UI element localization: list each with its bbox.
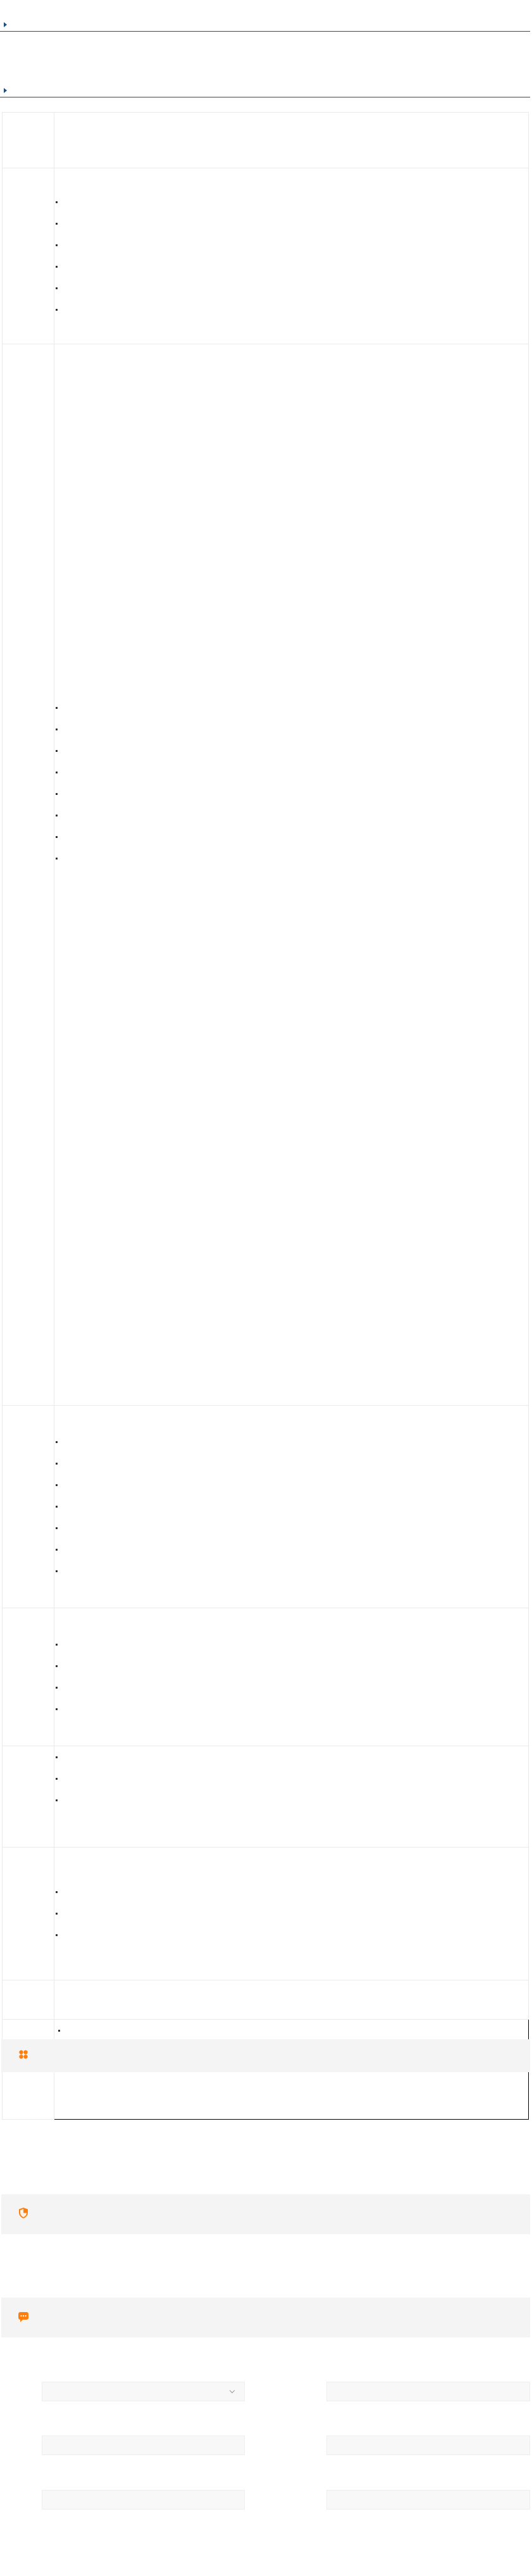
phone-input[interactable]: [326, 2382, 530, 2401]
spec-row-dimensions: [3, 1746, 529, 1848]
furnace-item: [56, 718, 528, 740]
spec-row-name: [3, 113, 529, 168]
spec-row-heating: [3, 1406, 529, 1608]
chat-bubble-icon: [18, 2312, 28, 2322]
features-list: [54, 168, 529, 344]
triangle-right-icon: [4, 88, 7, 93]
feature-item: [56, 299, 528, 321]
feature-item: [56, 235, 528, 256]
weight-item: [56, 1882, 528, 1903]
spec-row-weight: [3, 1848, 529, 1980]
structure-item: [56, 1634, 528, 1656]
spec-label: [3, 113, 54, 168]
clover-icon: [19, 2050, 28, 2059]
weight-item: [56, 1925, 528, 1946]
feature-item: [56, 256, 528, 278]
heating-item: [56, 1432, 528, 1453]
intro-section-title: [1, 20, 7, 28]
spec-label: [3, 1608, 54, 1746]
furnace-item: [56, 804, 528, 826]
spec-label: [3, 1406, 54, 1608]
spec-table: [2, 112, 529, 2120]
disclaimer-header: [1, 2194, 530, 2234]
heating-list: [54, 1406, 529, 1608]
heating-item: [56, 1561, 528, 1582]
furnace-item: [56, 740, 528, 761]
spec-section-header: [0, 81, 530, 97]
structure-item: [56, 1677, 528, 1699]
heating-item: [56, 1453, 528, 1475]
weight-item: [56, 1903, 528, 1925]
dimension-item: [56, 1789, 528, 1811]
heating-item: [56, 1475, 528, 1496]
furnace-item: [56, 847, 528, 869]
name-input[interactable]: [42, 2435, 245, 2455]
feature-item: [56, 192, 528, 213]
email-input[interactable]: [326, 2435, 530, 2455]
feature-item: [56, 213, 528, 235]
dimensions-list: [54, 1746, 529, 1848]
heating-item: [56, 1496, 528, 1518]
spec-label: [3, 1980, 54, 2020]
structure-item: [56, 1699, 528, 1720]
spec-label: [3, 1746, 54, 1848]
furnace-item: [56, 697, 528, 718]
spec-label: [3, 168, 54, 344]
spec-row-features: [3, 168, 529, 344]
dimension-item: [56, 1768, 528, 1789]
chevron-down-icon: [230, 2388, 235, 2393]
warranty-item: [58, 2020, 528, 2041]
spec-row-basic: [3, 344, 529, 1406]
company-input[interactable]: [326, 2490, 530, 2510]
gender-input[interactable]: [42, 2490, 245, 2510]
shield-icon: [19, 2208, 28, 2218]
spec-row-cert: [3, 1980, 529, 2020]
spec-row-structure: [3, 1608, 529, 1746]
message-header: [1, 2298, 530, 2337]
structure-list: [54, 1608, 529, 1746]
spec-label: [3, 344, 54, 1406]
furnace-item: [56, 783, 528, 804]
related-products-header: [1, 2039, 530, 2072]
dimension-item: [56, 1746, 528, 1768]
basic-params: [54, 344, 529, 1406]
weight-list: [54, 1848, 529, 1980]
spec-section-title: [1, 86, 7, 94]
structure-item: [56, 1656, 528, 1677]
heating-item: [56, 1539, 528, 1561]
product-name-value: [54, 113, 529, 168]
furnace-item: [56, 826, 528, 847]
feature-item: [56, 278, 528, 299]
category-select[interactable]: [42, 2382, 245, 2401]
spec-label: [3, 1848, 54, 1980]
triangle-right-icon: [4, 22, 7, 27]
heating-item: [56, 1518, 528, 1539]
cert-value: [54, 1980, 529, 2020]
intro-section-header: [0, 15, 530, 32]
furnace-item: [56, 761, 528, 783]
